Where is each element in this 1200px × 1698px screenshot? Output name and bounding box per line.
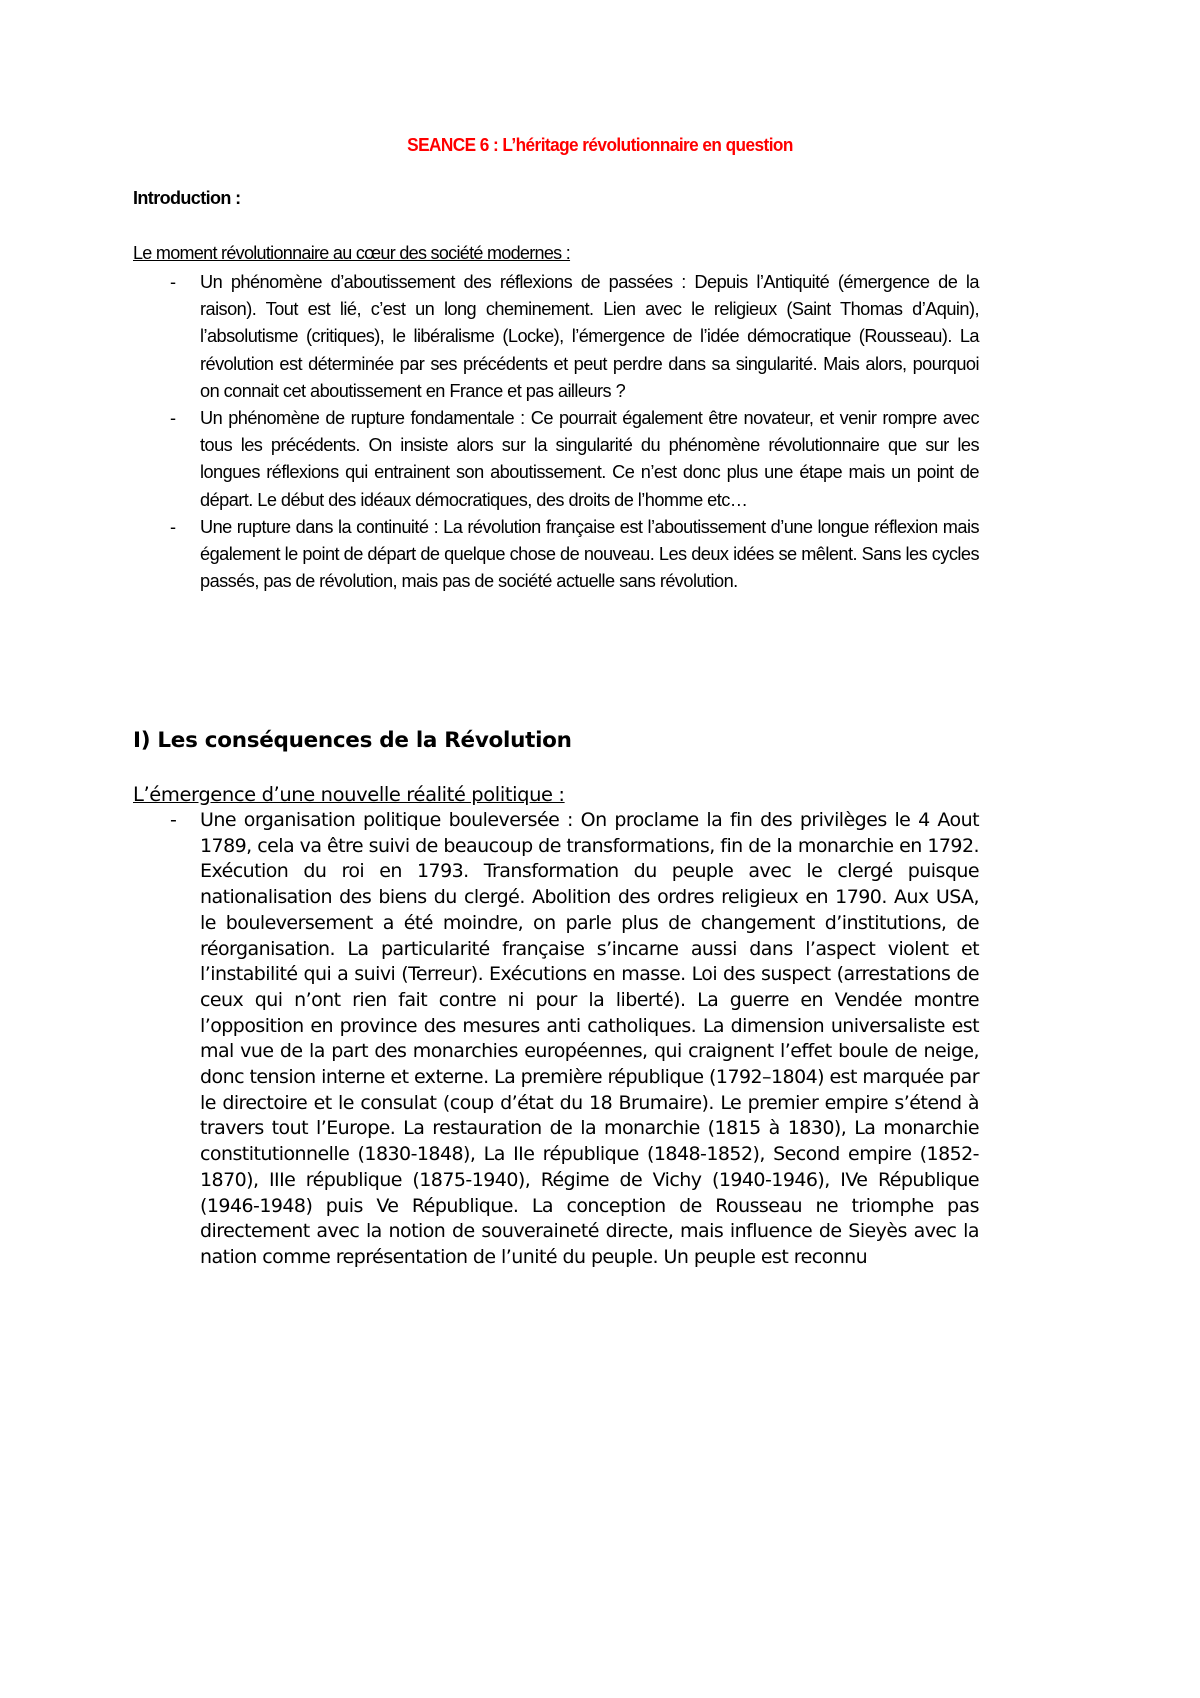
bullet-dash: - (170, 405, 176, 432)
list-item: - Une organisation politique bouleversée… (133, 808, 979, 1271)
list-item-text: Un phénomène de rupture fondamentale : C… (200, 408, 979, 510)
bullet-dash: - (170, 514, 176, 541)
list-item: - Un phénomène d’aboutissement des réfle… (133, 269, 979, 405)
list-item: - Une rupture dans la continuité : La ré… (133, 514, 979, 596)
section-subheading: L’émergence d’une nouvelle réalité polit… (133, 783, 565, 806)
list-item-text: Une rupture dans la continuité : La révo… (200, 517, 979, 591)
bullet-dash: - (170, 808, 176, 834)
list-item: - Un phénomène de rupture fondamentale :… (133, 405, 979, 514)
bullet-dash: - (170, 269, 176, 296)
section-heading: I) Les conséquences de la Révolution (133, 728, 572, 753)
document-page: SEANCE 6 : L’héritage révolutionnaire en… (0, 0, 1200, 1698)
section-list: - Une organisation politique bouleversée… (133, 808, 979, 1271)
document-title: SEANCE 6 : L’héritage révolutionnaire en… (42, 134, 1158, 156)
list-item-text: Un phénomène d’aboutissement des réflexi… (200, 272, 979, 401)
introduction-list: - Un phénomène d’aboutissement des réfle… (133, 269, 979, 595)
list-item-text: Une organisation politique bouleversée :… (200, 809, 979, 1268)
introduction-label: Introduction : (133, 188, 241, 209)
introduction-subheading: Le moment révolutionnaire au cœur des so… (133, 243, 570, 264)
